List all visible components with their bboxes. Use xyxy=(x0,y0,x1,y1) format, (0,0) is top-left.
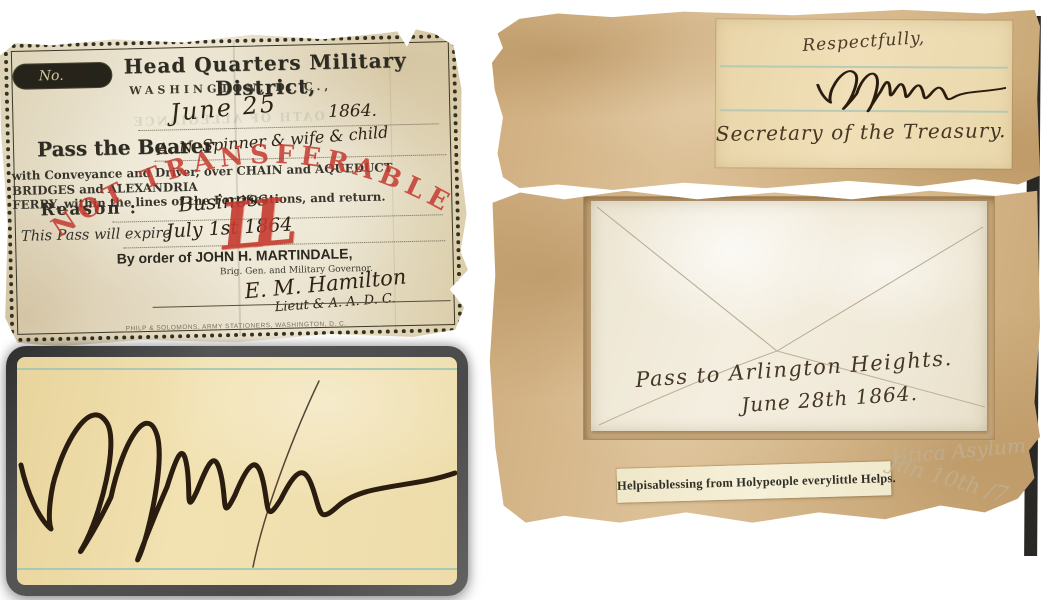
reason-label: Reason : xyxy=(40,198,138,220)
album-sheet-bottom: Pass to Arlington Heights. June 28th 186… xyxy=(487,189,1040,533)
photo-of-civil-war-pass-and-envelope: No. 84 Head Quarters Military District, … xyxy=(0,0,1057,600)
envelope-back: Pass to Arlington Heights. June 28th 186… xyxy=(591,201,987,431)
closeup-lined-paper xyxy=(17,357,457,585)
secretary-of-treasury-text: Secretary of the Treasury. xyxy=(716,118,1006,146)
respectfully-text: Respectfully, xyxy=(802,28,926,56)
secretary-signature-closeup xyxy=(17,365,457,579)
red-monogram-stamp: LL xyxy=(218,185,287,265)
secretary-signature xyxy=(816,58,1006,117)
printed-motto-slip: Helpisablessing from Holypeople everylit… xyxy=(617,461,892,503)
handwritten-year: 1864. xyxy=(328,101,377,122)
expire-label: This Pass will expire xyxy=(21,225,171,244)
treasury-signature-slip: Respectfully, Secretary of the Treasury. xyxy=(716,19,1013,169)
pass-number-label: No. xyxy=(39,68,64,85)
motto-text: Helpisablessing from Holypeople everylit… xyxy=(617,471,896,493)
military-pass-document: No. 84 Head Quarters Military District, … xyxy=(0,27,469,349)
signature-closeup-panel xyxy=(6,346,468,596)
pass-number-value: 84 xyxy=(68,67,86,83)
album-sheet-top-strip: Respectfully, Secretary of the Treasury. xyxy=(492,8,1040,190)
